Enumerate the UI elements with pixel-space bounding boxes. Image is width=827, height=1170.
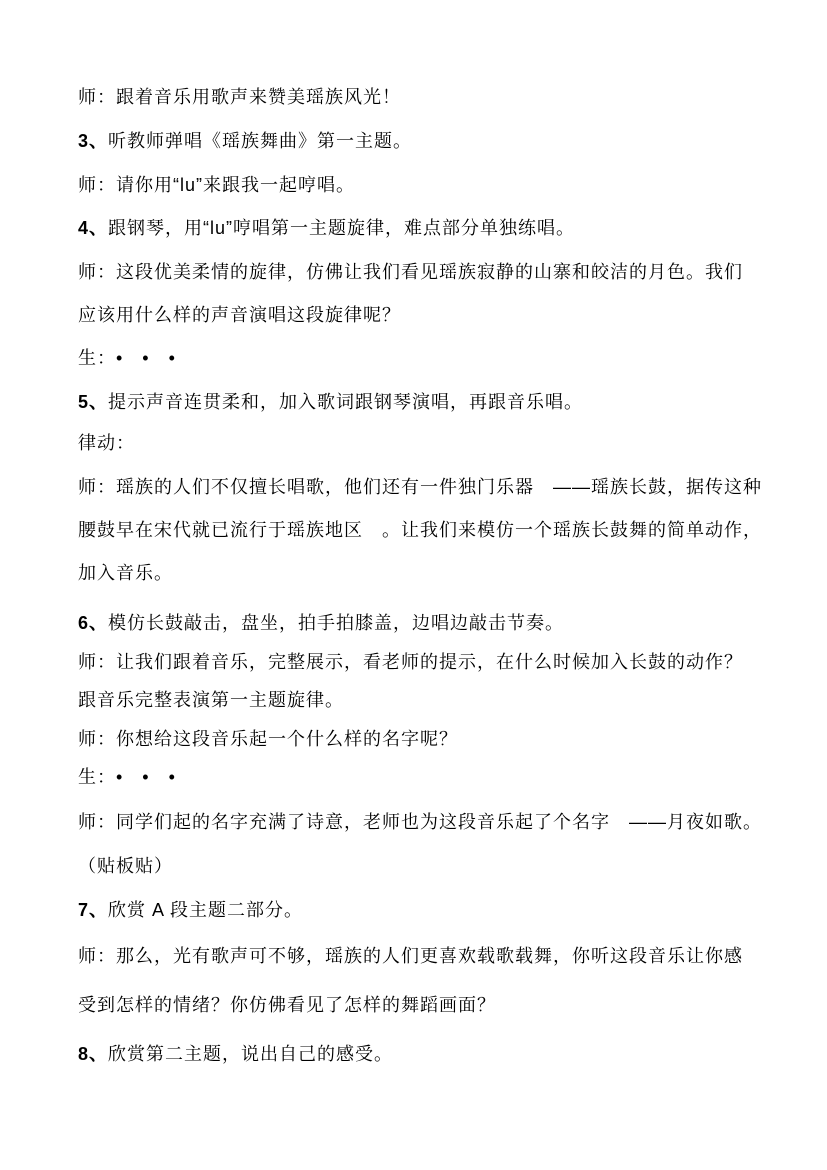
- document-page: 师：跟着音乐用歌声来赞美瑶族风光！ 3、听教师弹唱《瑶族舞曲》第一主题。 师：请…: [0, 0, 827, 1170]
- teacher-speech-line: 师：让我们跟着音乐，完整展示，看老师的提示，在什么时候加入长鼓的动作？: [78, 649, 743, 675]
- lesson-step-8-line: 8、欣赏第二主题，说出自己的感受。: [78, 1041, 393, 1067]
- lesson-step-7-line: 7、欣赏 A 段主题二部分。: [78, 897, 303, 923]
- lesson-step-6-line: 6、模仿长鼓敲击，盘坐，拍手拍膝盖，边唱边敲击节奏。: [78, 610, 564, 636]
- teacher-speech-line: 师：请你用“lu”来跟我一起哼唱。: [78, 172, 355, 198]
- lesson-step-5-line: 5、提示声音连贯柔和，加入歌词跟钢琴演唱，再跟音乐唱。: [78, 389, 583, 415]
- teacher-speech-line: 师：同学们起的名字充满了诗意，老师也为这段音乐起了个名字 ——月夜如歌。: [78, 809, 762, 835]
- teacher-speech-continuation-line: 受到怎样的情绪？你仿佛看见了怎样的舞蹈画面？: [78, 992, 496, 1018]
- student-response-line: 生：• • •: [78, 345, 176, 371]
- student-response-line: 生：• • •: [78, 764, 176, 790]
- teacher-speech-continuation-line: 跟音乐完整表演第一主题旋律。: [78, 687, 344, 713]
- board-note-line: （贴板贴）: [78, 853, 173, 879]
- lesson-step-4-line: 4、跟钢琴，用“lu”哼唱第一主题旋律，难点部分单独练唱。: [78, 215, 575, 241]
- teacher-speech-continuation-line: 应该用什么样的声音演唱这段旋律呢？: [78, 302, 401, 328]
- teacher-speech-line: 师：你想给这段音乐起一个什么样的名字呢？: [78, 726, 458, 752]
- lesson-step-3-line: 3、听教师弹唱《瑶族舞曲》第一主题。: [78, 128, 412, 154]
- section-heading-rhythm-line: 律动：: [78, 430, 135, 456]
- teacher-speech-continuation-line: 加入音乐。: [78, 560, 173, 586]
- teacher-speech-line: 师：瑶族的人们不仅擅长唱歌，他们还有一件独门乐器 ——瑶族长鼓，据传这种: [78, 474, 762, 500]
- teacher-speech-line: 师：跟着音乐用歌声来赞美瑶族风光！: [78, 84, 401, 110]
- teacher-speech-line: 师：这段优美柔情的旋律，仿佛让我们看见瑶族寂静的山寨和皎洁的月色。我们: [78, 259, 743, 285]
- teacher-speech-continuation-line: 腰鼓早在宋代就已流行于瑶族地区 。让我们来模仿一个瑶族长鼓舞的简单动作，: [78, 517, 762, 543]
- teacher-speech-line: 师：那么，光有歌声可不够，瑶族的人们更喜欢载歌载舞，你听这段音乐让你感: [78, 943, 743, 969]
